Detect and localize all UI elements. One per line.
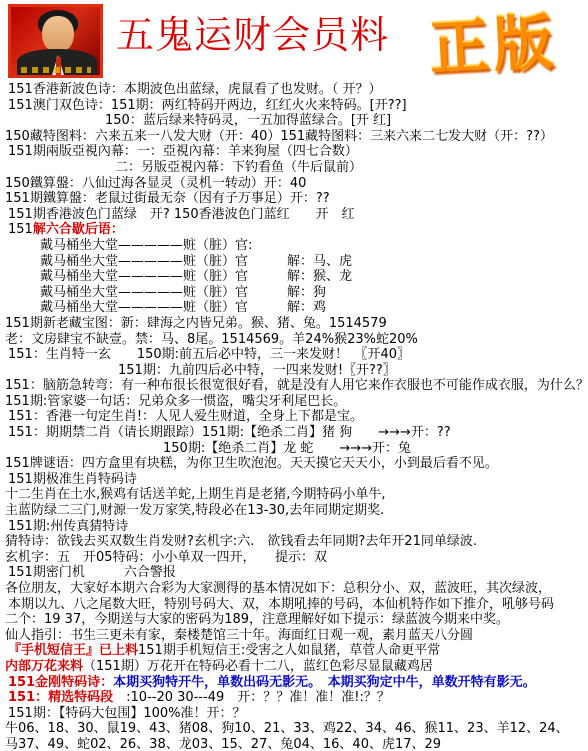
text-line: 二：另版亞視內幕：下钓看鱼（牛后鼠前）	[0, 160, 588, 176]
text-segment: 十二生肖在土水,猴鸡有话送羊蛇,上期生肖是老猪,今期特码小单牛,	[5, 487, 386, 502]
text-segment: 戴马桶坐大堂—————赃（脏）官 解：狗	[40, 285, 326, 300]
text-line: 151期：九前四后必中特，一四来发财!〖开??〗	[0, 363, 588, 379]
text-segment: 老：文房肆宝不缺壹。禁：马、8尾。1514569。羊24%猴23%蛇20%	[5, 332, 418, 347]
text-line: 戴马桶坐大堂—————赃（脏）官 解：狗	[0, 285, 588, 301]
text-line: 151牌谜语：四方盒里有块糕，为你卫生吹泡泡。天天摸它天天小，小到最后看不见。	[0, 456, 588, 472]
text-segment: 戴马桶坐大堂—————赃（脏）官 解：猴、龙	[40, 269, 352, 284]
text-segment: （151期）万花开在特码必看十二八，蓝红色彩尽显鼠藏鸡居	[83, 659, 433, 674]
text-segment: 二个：19 37，今期送与大家的密码为189，注意理解好如下提示：绿蓝波今期来中…	[5, 612, 509, 627]
text-segment: 151香港新波色诗：本期波色出蓝绿，虎鼠看了也发财。（ 开？）	[8, 82, 381, 97]
text-line: 151解六合歇后语：	[0, 222, 588, 238]
text-line: 151：香港一句定生肖!：人见人爱生财道，全身上下都是宝。	[0, 409, 588, 425]
text-segment: 主蓝防绿二三门,财源一发万家笑,特段必在13-30,去年同期定期奖.	[5, 503, 384, 518]
text-line: 151：期期禁二肖（请长期跟踪）151期:【绝杀二肖】猪 狗 →→→开：??	[0, 425, 588, 441]
text-segment: 戴马桶坐大堂—————赃（脏）官 解：鸡	[40, 300, 326, 315]
text-segment: 151：精选特码段	[8, 690, 113, 705]
text-line: 151期兩版亞視內幕：一：亞視內幕：羊来狗屋（四七合数）	[0, 144, 588, 160]
text-segment: 151金刚特码诗：	[8, 675, 113, 690]
text-line: 各位朋友，大家好本期六合彩为大家测得的基本情况如下：总积分小、双，蓝波旺，其次绿…	[0, 581, 588, 597]
text-segment: 151：生肖特一玄 150期:前五后必中特，三一来发财！ 〖开40〗	[8, 347, 410, 362]
text-segment: 151牌谜语：四方盒里有块糕，为你卫生吹泡泡。天天摸它天天小，小到最后看不见。	[5, 456, 498, 471]
text-line: 151：精选特码段 :10--20 30---49 开：？？准！准！准!:？？	[0, 690, 588, 706]
text-segment: 151：香港一句定生肖!：人见人爱生财道，全身上下都是宝。	[8, 409, 363, 424]
text-line: 151香港新波色诗：本期波色出蓝绿，虎鼠看了也发财。（ 开？）	[0, 82, 588, 98]
text-line: 151期香港波色门蓝绿 开? 150香港波色门蓝红 开 红	[0, 207, 588, 223]
text-line: 151澳门双色诗：151期：两红特码开两边，红红火火来特码。[开??]	[0, 98, 588, 114]
text-segment: 150期:【绝杀二肖】龙 蛇 →→→开：兔	[163, 441, 411, 456]
text-segment: 内部万花来料	[5, 659, 83, 674]
text-segment: 戴马桶坐大堂—————赃（脏）官:	[40, 238, 252, 253]
portrait-photo	[8, 4, 103, 78]
text-line: 戴马桶坐大堂—————赃（脏）官:	[0, 238, 588, 254]
text-segment: 150藏特图料：六来五来一八发大财（开：40）151藏特图料：三来六来二七发大财…	[5, 129, 553, 144]
text-segment: 解六合歇后语：	[33, 222, 124, 237]
text-segment: 猜特诗：欲钱去买双数生肖发财?玄机字:六. 欲钱看去年同期?去年开21同单绿波.	[5, 534, 477, 549]
page-title: 五鬼运财会员料	[116, 12, 416, 58]
text-segment: 151期香港波色门蓝绿 开? 150香港波色门蓝红 开 红	[8, 207, 355, 222]
text-line: 老：文房肆宝不缺壹。禁：马、8尾。1514569。羊24%猴23%蛇20%	[0, 332, 588, 348]
text-line: 151期极准生肖特码诗	[0, 472, 588, 488]
text-segment: 各位朋友，大家好本期六合彩为大家测得的基本情况如下：总积分小、双，蓝波旺，其次绿…	[5, 581, 551, 596]
text-segment: 二：另版亞視內幕：下钓看鱼（牛后鼠前）	[115, 160, 362, 175]
text-segment: 151期密门机 六合警报	[8, 565, 176, 580]
text-segment: 151澳门双色诗：151期：两红特码开两边，红红火火来特码。[开??]	[8, 98, 407, 113]
text-segment: 玄机字：五 开05特码：小小单双一四开， 提示：双	[5, 550, 327, 565]
portrait-caption-mark	[21, 67, 91, 73]
text-line: 戴马桶坐大堂—————赃（脏）官 解：猴、龙	[0, 269, 588, 285]
text-segment: :10--20 30---49 开：？？准！准！准!:？？	[113, 690, 390, 705]
text-line: 玄机字：五 开05特码：小小单双一四开， 提示：双	[0, 550, 588, 566]
tip-sheet-page: 五鬼运财会员料 正版 151香港新波色诗：本期波色出蓝绿，虎鼠看了也发财。（ 开…	[0, 0, 588, 751]
text-segment: 151期:管家婆一句话：兄弟众多一惯盗，嘴尖牙利尾巴长。	[5, 394, 346, 409]
text-segment: 本期以九、八之尾数大旺，特别号码大、双，本期吼捧的号码，本仙机特作如下推介，吼够…	[8, 597, 554, 612]
text-segment: 151期鐵算盤：老鼠过街最无奈（因有子万事足）开：??	[5, 191, 330, 206]
text-line: 150鐵算盤：八仙过海各显灵（灵机一转动）开：40	[0, 176, 588, 192]
page-header: 五鬼运财会员料 正版	[0, 0, 588, 82]
text-line: 151期鐵算盤：老鼠过街最无奈（因有子万事足）开：??	[0, 191, 588, 207]
text-segment: 『手机短信王』已上料	[8, 643, 138, 658]
text-line: 151期:管家婆一句话：兄弟众多一惯盗，嘴尖牙利尾巴长。	[0, 394, 588, 410]
text-segment: 151期:州传真猜特诗	[8, 519, 128, 534]
text-segment: 151：脑筋急转弯：有一种布很长很宽很好看，就是没有人用它来作衣服也不可能作成衣…	[5, 378, 588, 393]
text-line: 猜特诗：欲钱去买双数生肖发财?玄机字:六. 欲钱看去年同期?去年开21同单绿波.	[0, 534, 588, 550]
text-line: 内部万花来料（151期）万花开在特码必看十二八，蓝红色彩尽显鼠藏鸡居	[0, 659, 588, 675]
text-segment: 151期：【特码大包围】100%准！开：？	[8, 706, 245, 721]
portrait-face	[42, 16, 74, 53]
text-segment: 马37、49、蛇02、26、38、龙03、15、27、兔04、16、40、虎17…	[5, 737, 441, 751]
text-segment: 151：期期禁二肖（请长期跟踪）151期:【绝杀二肖】猪 狗 →→→开：??	[8, 425, 451, 440]
text-segment: 150：蓝后绿来特码灵，一五加得蓝绿合。[开 红]	[105, 113, 391, 128]
text-segment: 151期兩版亞視內幕：一：亞視內幕：羊来狗屋（四七合数）	[8, 144, 358, 159]
text-line: 151金刚特码诗：本期买狗特开牛，单数出码无影无。 本期买狗定中牛，单数开特有影…	[0, 675, 588, 691]
content-lines: 151香港新波色诗：本期波色出蓝绿，虎鼠看了也发财。（ 开？）151澳门双色诗：…	[0, 82, 588, 751]
text-line: 戴马桶坐大堂—————赃（脏）官 解：马、虎	[0, 254, 588, 270]
text-line: 150：蓝后绿来特码灵，一五加得蓝绿合。[开 红]	[0, 113, 588, 129]
text-line: 戴马桶坐大堂—————赃（脏）官 解：鸡	[0, 300, 588, 316]
text-line: 151期:州传真猜特诗	[0, 519, 588, 535]
text-line: 150期:【绝杀二肖】龙 蛇 →→→开：兔	[0, 441, 588, 457]
text-line: 『手机短信王』已上料151期手机短信王:受害之人如鼠猪，草菅人命更平常	[0, 643, 588, 659]
text-segment: 151期手机短信王:受害之人如鼠猪，草菅人命更平常	[138, 643, 440, 658]
text-line: 151期新老藏宝图：新：肆海之内皆兄弟。猴、猪、兔。1514579	[0, 316, 588, 332]
text-line: 151：生肖特一玄 150期:前五后必中特，三一来发财！ 〖开40〗	[0, 347, 588, 363]
text-segment: 151期新老藏宝图：新：肆海之内皆兄弟。猴、猪、兔。1514579	[5, 316, 387, 331]
text-line: 仙人指引：书生三更未有家，秦楼楚馆三十年。海面红日观一观，素月蓝天八分圆	[0, 628, 588, 644]
text-line: 151：脑筋急转弯：有一种布很长很宽很好看，就是没有人用它来作衣服也不可能作成衣…	[0, 378, 588, 394]
text-line: 牛06、18、30、鼠19、43、猪08、狗10、21、33、鸡22、34、46…	[0, 721, 588, 737]
text-line: 主蓝防绿二三门,财源一发万家笑,特段必在13-30,去年同期定期奖.	[0, 503, 588, 519]
text-line: 150藏特图料：六来五来一八发大财（开：40）151藏特图料：三来六来二七发大财…	[0, 129, 588, 145]
text-line: 151期密门机 六合警报	[0, 565, 588, 581]
authenticity-badge: 正版	[406, 0, 580, 88]
text-line: 151期：【特码大包围】100%准！开：？	[0, 706, 588, 722]
text-segment: 151期：九前四后必中特，一四来发财!〖开??〗	[118, 363, 396, 378]
text-line: 二个：19 37，今期送与大家的密码为189，注意理解好如下提示：绿蓝波今期来中…	[0, 612, 588, 628]
text-segment: 150鐵算盤：八仙过海各显灵（灵机一转动）开：40	[5, 176, 306, 191]
text-line: 马37、49、蛇02、26、38、龙03、15、27、兔04、16、40、虎17…	[0, 737, 588, 751]
text-segment: 戴马桶坐大堂—————赃（脏）官 解：马、虎	[40, 254, 352, 269]
text-line: 本期以九、八之尾数大旺，特别号码大、双，本期吼捧的号码，本仙机特作如下推介，吼够…	[0, 597, 588, 613]
text-segment: 牛06、18、30、鼠19、43、猪08、狗10、21、33、鸡22、34、46…	[5, 721, 569, 736]
text-line: 十二生肖在土水,猴鸡有话送羊蛇,上期生肖是老猪,今期特码小单牛,	[0, 487, 588, 503]
text-segment: 151	[8, 222, 33, 237]
text-segment: 本期买狗特开牛，单数出码无影无。 本期买狗定中牛，单数开特有影无。	[113, 675, 536, 690]
text-segment: 仙人指引：书生三更未有家，秦楼楚馆三十年。海面红日观一观，素月蓝天八分圆	[5, 628, 473, 643]
text-segment: 151期极准生肖特码诗	[8, 472, 137, 487]
